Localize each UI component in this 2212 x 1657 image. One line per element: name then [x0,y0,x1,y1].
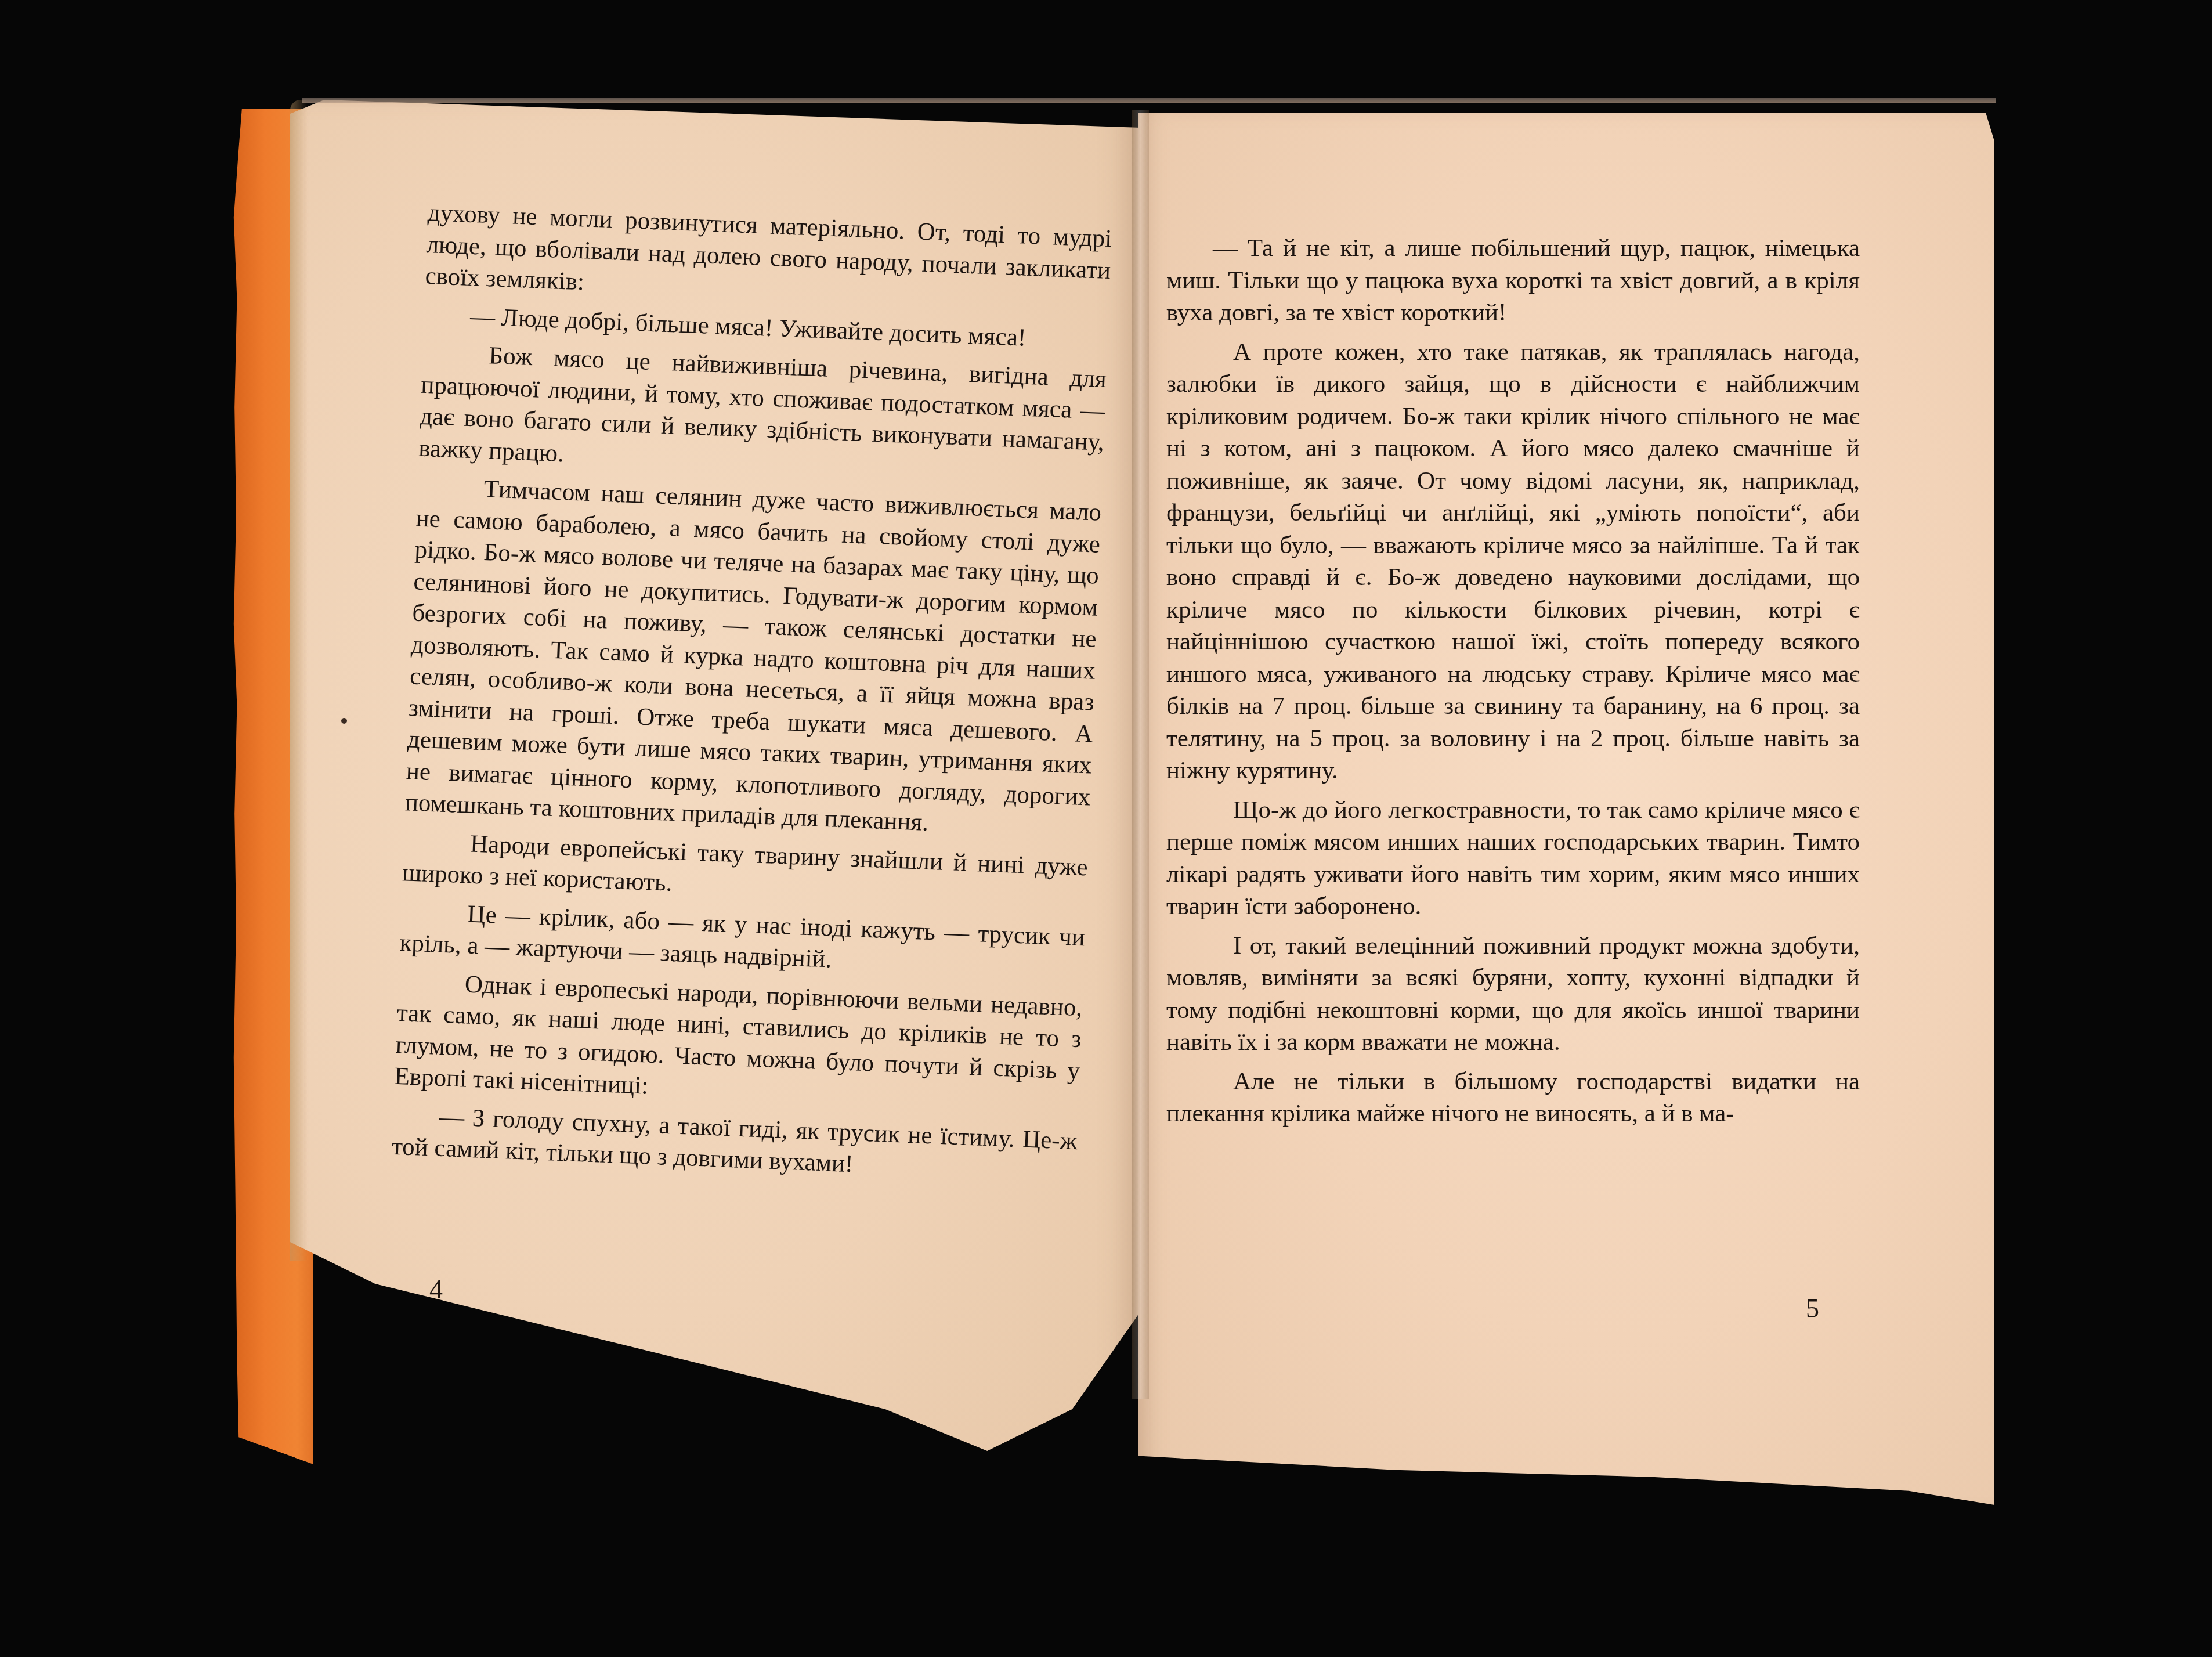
paragraph: Бож мясо це найвиживніша річевина, вигід… [418,338,1107,490]
page-number-left: 4 [429,1274,443,1305]
paragraph: Тимчасом наш селянин дуже часто виживлює… [404,471,1102,845]
book-spine [1132,110,1149,1399]
paragraph: І от, такий велецінний поживний продукт … [1166,930,1860,1059]
page-top-edge [302,98,1996,103]
paragraph: — Та й не кіт, а лише побільшений щур, п… [1166,232,1860,329]
right-page-text: — Та й не кіт, а лише побільшений щур, п… [1166,232,1860,1137]
paragraph: Але не тільки в більшому господарстві ви… [1166,1066,1860,1130]
left-page-curl [290,100,308,1261]
left-page-text: духову не могли розвинутися матеріяльно.… [391,197,1112,1196]
paragraph: А проте кожен, хто таке патякав, як трап… [1166,336,1860,787]
page-number-right: 5 [1806,1293,1819,1324]
scan-background: духову не могли розвинутися матеріяльно.… [0,0,2212,1657]
paper-speck [341,718,347,724]
paragraph: Що-ж до його легкостравности, то так сам… [1166,794,1860,923]
paragraph: Однак і европеські народи, порівнюючи ве… [394,966,1083,1119]
